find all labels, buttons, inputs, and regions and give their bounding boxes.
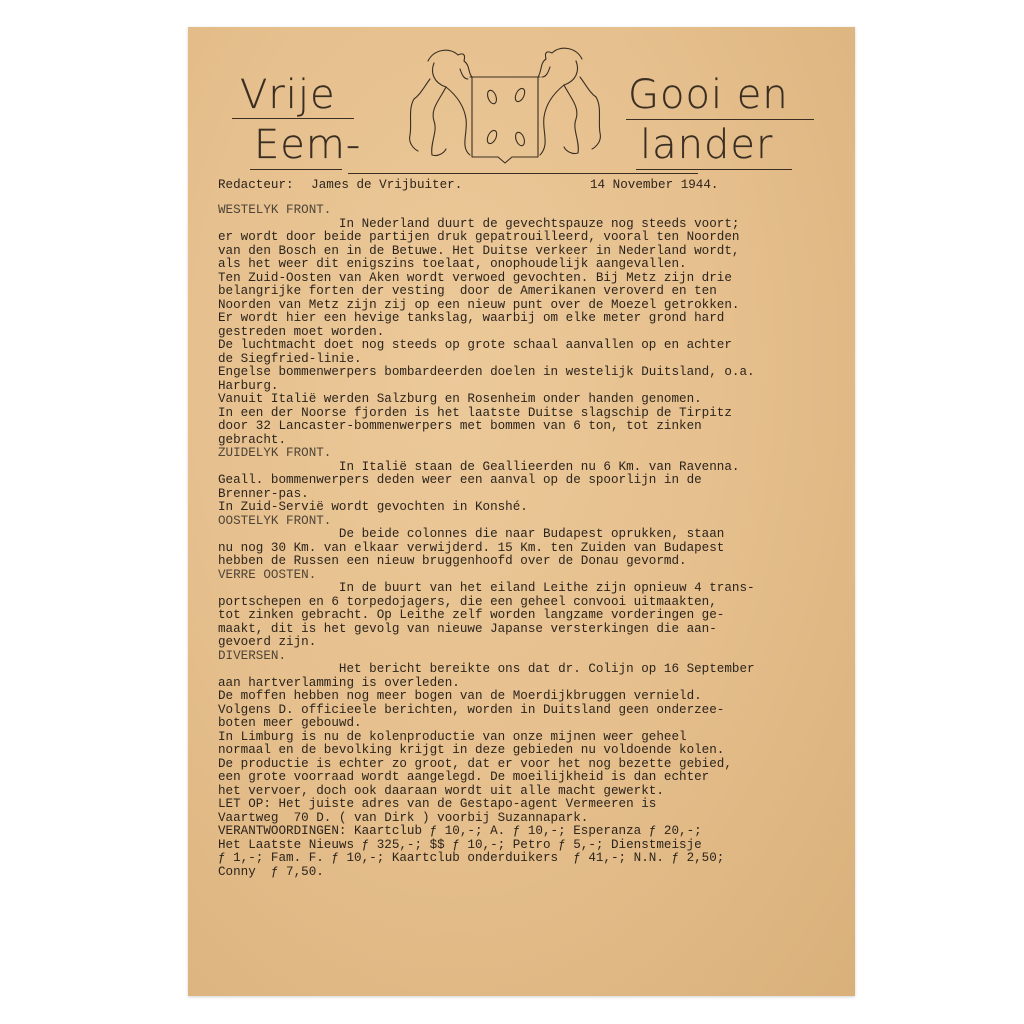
text-line: aan hartverlamming is overleden.	[218, 677, 818, 691]
text-line: als het weer dit enigszins toelaat, onop…	[218, 258, 818, 272]
text-line: LET OP: Het juiste adres van de Gestapo-…	[218, 798, 818, 812]
text-line: Het Laatste Nieuws ƒ 325,-; $$ ƒ 10,-; P…	[218, 839, 818, 853]
text-line: In Nederland duurt de gevechtspauze nog …	[218, 218, 818, 232]
masthead: Vrije Eem-	[188, 27, 855, 177]
article-body: WESTELYK FRONT. In Nederland duurt de ge…	[218, 204, 818, 879]
text-line: De productie is echter zo groot, dat er …	[218, 758, 818, 772]
editor-label: Redacteur:	[218, 178, 294, 192]
section-heading: OOSTELYK FRONT.	[218, 515, 818, 529]
masthead-rule	[348, 173, 698, 174]
text-line: Geall. bommenwerpers deden weer een aanv…	[218, 474, 818, 488]
text-line: normaal en de bevolking krijgt in deze g…	[218, 744, 818, 758]
text-line: Er wordt hier een hevige tankslag, waarb…	[218, 312, 818, 326]
text-line: hebben de Russen een nieuw bruggenhoofd …	[218, 555, 818, 569]
text-line: Conny ƒ 7,50.	[218, 866, 818, 880]
title-underline	[250, 169, 342, 170]
text-line: Engelse bommenwerpers bombardeerden doel…	[218, 366, 818, 380]
text-line: de Siegfried-linie.	[218, 353, 818, 367]
text-line: In de buurt van het eiland Leithe zijn o…	[218, 582, 818, 596]
section-heading: VERRE OOSTEN.	[218, 569, 818, 583]
text-line: Harburg.	[218, 380, 818, 394]
text-line: Vanuit Italië werden Salzburg en Rosenhe…	[218, 393, 818, 407]
text-line: nu nog 30 Km. van elkaar verwijderd. 15 …	[218, 542, 818, 556]
text-line: VERANTWOORDINGEN: Kaartclub ƒ 10,-; A. ƒ…	[218, 825, 818, 839]
text-line: portschepen en 6 torpedojagers, die een …	[218, 596, 818, 610]
text-line: boten meer gebouwd.	[218, 717, 818, 731]
title-underline	[626, 119, 814, 120]
byline: Redacteur: James de Vrijbuiter. 14 Novem…	[218, 178, 818, 192]
text-line: er wordt door beide partijen druk gepatr…	[218, 231, 818, 245]
text-line: gevoerd zijn.	[218, 636, 818, 650]
text-line: In Zuid-Servië wordt gevochten in Konshé…	[218, 501, 818, 515]
text-line: In Limburg is nu de kolenproductie van o…	[218, 731, 818, 745]
dutch-lions-coat-of-arms-icon	[400, 39, 610, 169]
title-underline	[636, 169, 792, 170]
title-underline	[232, 118, 354, 119]
text-line: In Italië staan de Geallieerden nu 6 Km.…	[218, 461, 818, 475]
text-line: maakt, dit is het gevolg van nieuwe Japa…	[218, 623, 818, 637]
text-line: In een der Noorse fjorden is het laatste…	[218, 407, 818, 421]
text-line: door 32 Lancaster-bommenwerpers met bomm…	[218, 420, 818, 434]
text-line: Volgens D. officieele berichten, worden …	[218, 704, 818, 718]
section-heading: DIVERSEN.	[218, 650, 818, 664]
text-line: De moffen hebben nog meer bogen van de M…	[218, 690, 818, 704]
text-line: ƒ 1,-; Fam. F. ƒ 10,-; Kaartclub onderdu…	[218, 852, 818, 866]
title-word-lander: lander	[640, 125, 773, 165]
text-line: een grote voorraad wordt aangelegd. De m…	[218, 771, 818, 785]
text-line: van den Bosch en in de Betuwe. Het Duits…	[218, 245, 818, 259]
section-heading: ZUIDELYK FRONT.	[218, 447, 818, 461]
issue-date: 14 November 1944.	[590, 178, 718, 192]
title-word-gooi-en: Gooi en	[628, 75, 789, 115]
text-line: De beide colonnes die naar Budapest opru…	[218, 528, 818, 542]
text-line: het vervoer, doch ook daaraan wordt uit …	[218, 785, 818, 799]
text-line: Ten Zuid-Oosten van Aken wordt verwoed g…	[218, 272, 818, 286]
text-line: belangrijke forten der vesting door de A…	[218, 285, 818, 299]
text-line: De luchtmacht doet nog steeds op grote s…	[218, 339, 818, 353]
title-word-eem: Eem-	[254, 125, 361, 165]
newspaper-sheet: Vrije Eem-	[188, 27, 855, 996]
text-line: gestreden moet worden.	[218, 326, 818, 340]
text-line: gebracht.	[218, 434, 818, 448]
text-line: Brenner-pas.	[218, 488, 818, 502]
editor-name: James de Vrijbuiter.	[311, 178, 462, 192]
text-line: Het bericht bereikte ons dat dr. Colijn …	[218, 663, 818, 677]
text-line: Vaartweg 70 D. ( van Dirk ) voorbij Suza…	[218, 812, 818, 826]
text-line: tot zinken gebracht. Op Leithe zelf word…	[218, 609, 818, 623]
text-line: Noorden van Metz zijn zij op een nieuw p…	[218, 299, 818, 313]
title-word-vrije: Vrije	[240, 75, 336, 115]
section-heading: WESTELYK FRONT.	[218, 204, 818, 218]
